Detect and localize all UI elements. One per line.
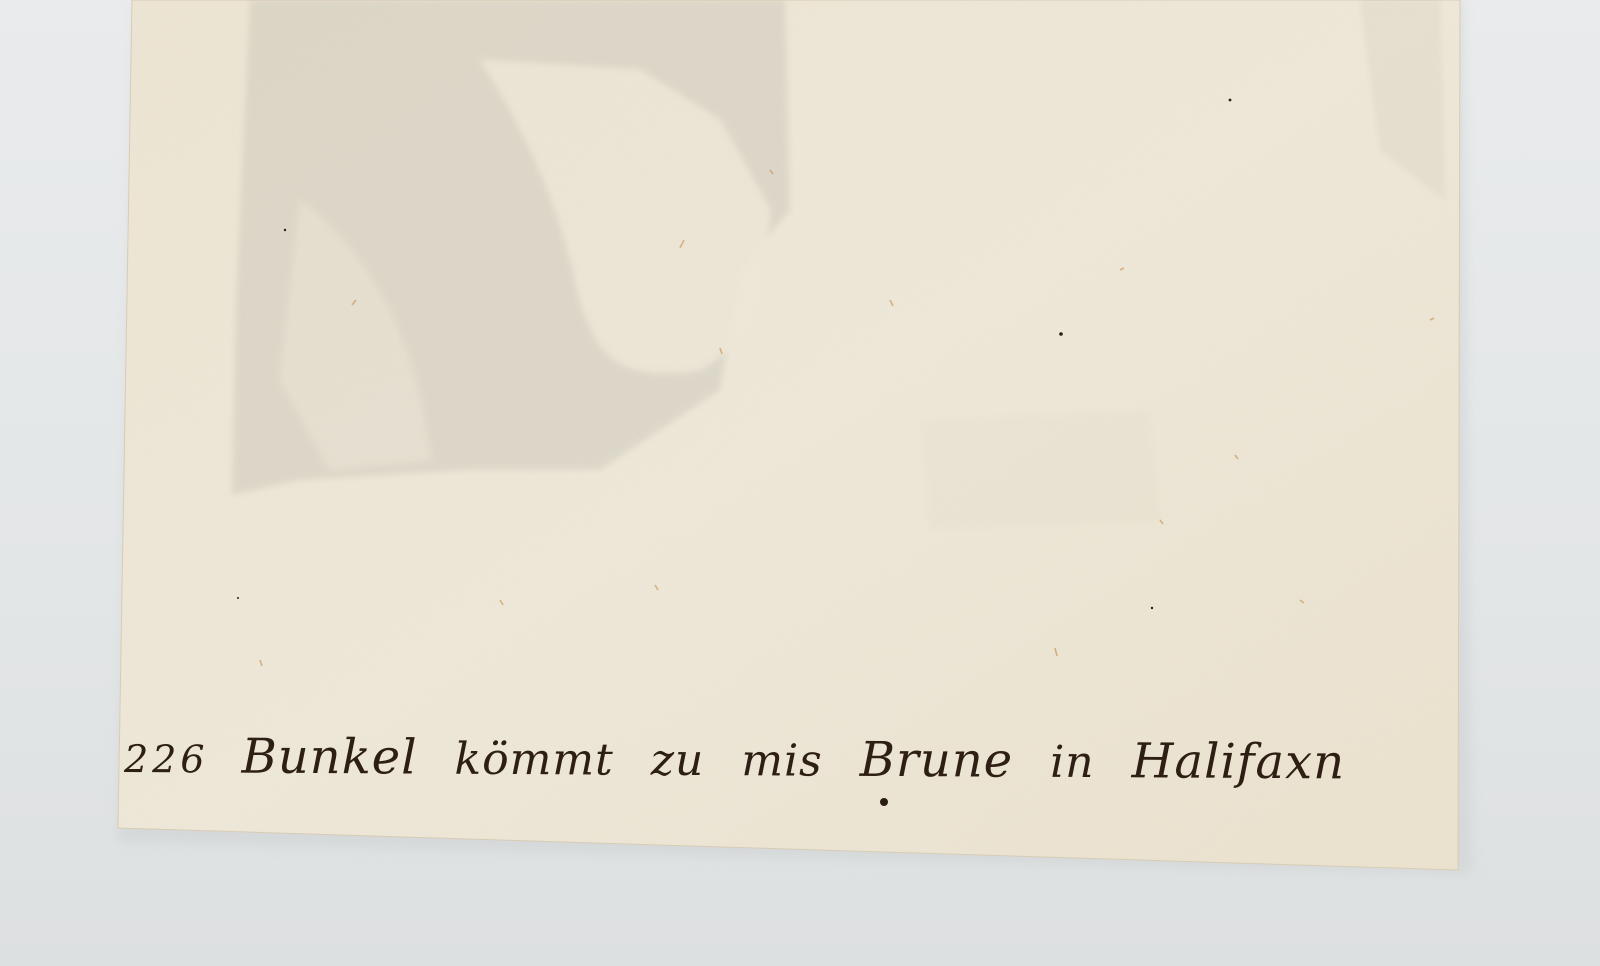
caption-word-4: mis [741, 735, 823, 786]
caption-word-5: Brune [860, 732, 1014, 789]
caption-word-6: in [1050, 737, 1095, 788]
caption-number: 226 [124, 737, 209, 781]
handwritten-caption: 226 Bunkel kömmt zu mis Brune in Halifax… [124, 728, 1444, 805]
caption-word-3: zu [651, 735, 705, 786]
paper-sheet: 226 Bunkel kömmt zu mis Brune in Halifax… [0, 0, 1600, 966]
paper-illustration [0, 0, 1600, 966]
caption-word-1: Bunkel [241, 729, 417, 786]
caption-word-7: Halifaxn [1131, 733, 1345, 790]
caption-word-2: kömmt [454, 734, 614, 786]
